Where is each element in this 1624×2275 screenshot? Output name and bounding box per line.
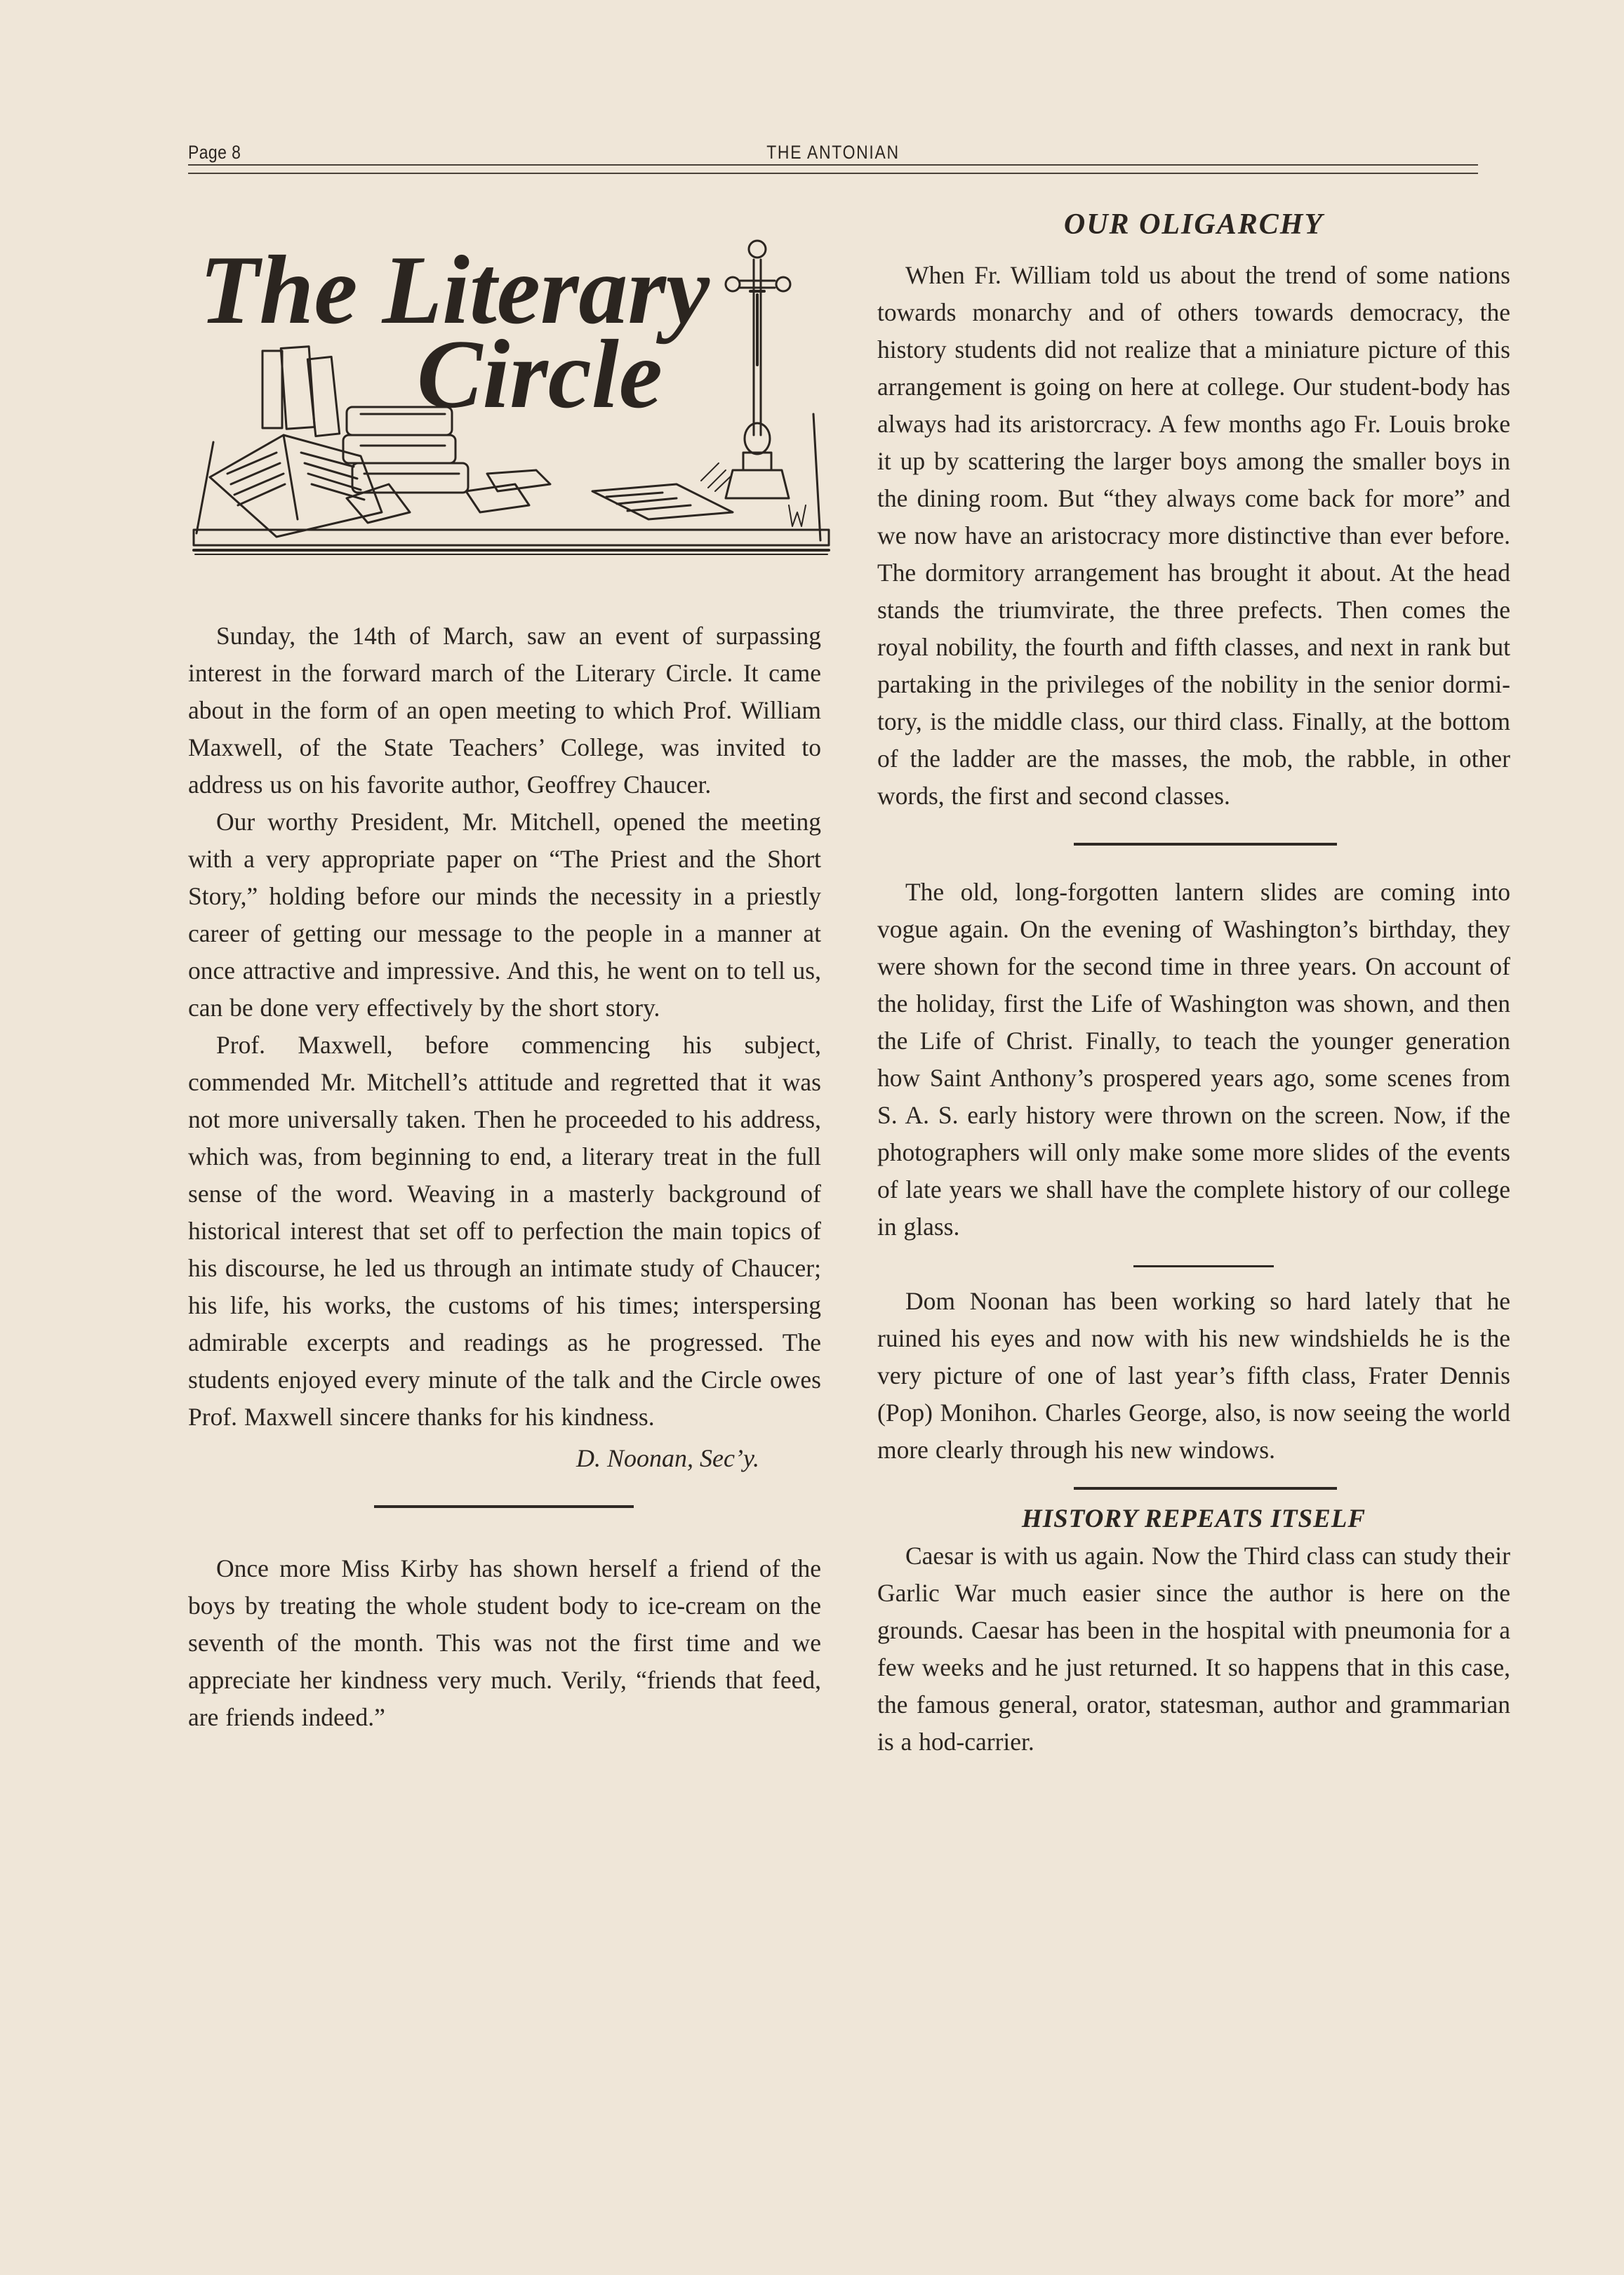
page-number: Page 8 [188, 142, 241, 164]
article-miss-kirby: Once more Miss Kirby has shown herself a… [188, 1550, 821, 1736]
article-literary-circle: Sunday, the 14th of March, saw an event … [188, 618, 821, 1477]
paragraph: Sunday, the 14th of March, saw an event … [188, 618, 821, 803]
header-double-rule [188, 164, 1478, 174]
paragraph: When Fr. William told us about the trend… [877, 257, 1510, 815]
article-our-oligarchy: OUR OLIGARCHY When Fr. William told us a… [877, 204, 1510, 815]
publication-masthead: THE ANTONIAN [285, 142, 1381, 164]
paragraph: Our worthy President, Mr. Mitchell, open… [188, 803, 821, 1027]
paragraph: Dom Noonan has been working so hard late… [877, 1283, 1510, 1469]
paragraph: Once more Miss Kirby has shown herself a… [188, 1550, 821, 1736]
svg-text:Circle: Circle [417, 320, 663, 429]
literary-circle-drawing-icon: The Literary Circle [185, 204, 838, 561]
left-column: The Literary Circle Sunday, the 14th of … [188, 204, 821, 1736]
article-lantern-slides: The old, long-forgotten lantern slides a… [877, 874, 1510, 1246]
section-title: OUR OLIGARCHY [877, 204, 1510, 246]
paragraph: Prof. Maxwell, before commencing his sub… [188, 1027, 821, 1436]
section-title: HISTORY REPEATS ITSELF [877, 1501, 1510, 1537]
article-history-repeats: HISTORY REPEATS ITSELF Caesar is with us… [877, 1501, 1510, 1761]
signature: D. Noonan, Sec’y. [188, 1440, 821, 1477]
paragraph: The old, long-forgotten lantern slides a… [877, 874, 1510, 1246]
running-header: Page 8 THE ANTONIAN [188, 138, 1478, 173]
paragraph: Caesar is with us again. Now the Third c… [877, 1537, 1510, 1761]
right-column: OUR OLIGARCHY When Fr. William told us a… [877, 204, 1510, 1761]
literary-circle-illustration: The Literary Circle [185, 204, 838, 561]
article-dom-noonan: Dom Noonan has been working so hard late… [877, 1283, 1510, 1469]
